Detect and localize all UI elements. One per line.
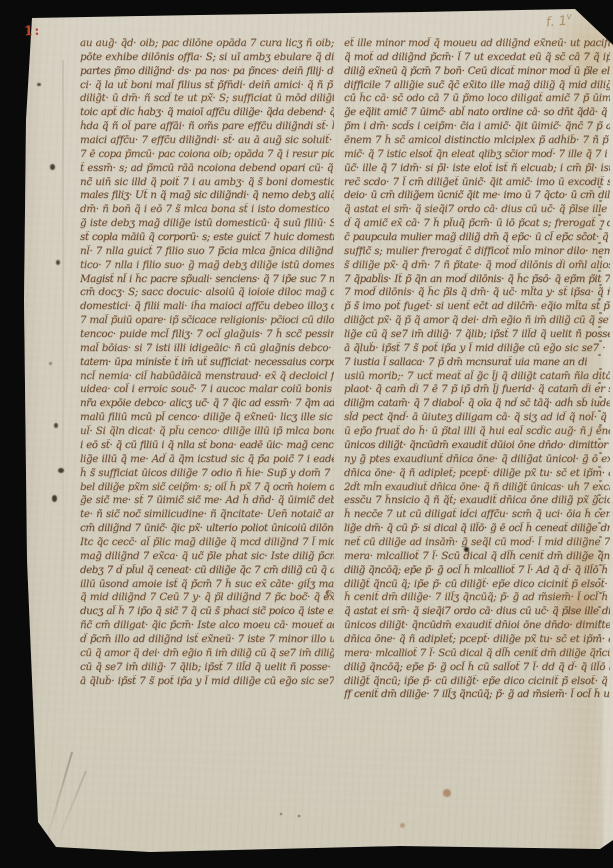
manuscript-page: au aug̃· q̃d· oib; pac dilōne opāda 7 cu… [0,0,613,868]
manuscript-line: cū h̃c cā· sc̄ odo cā 7 ū p̃mo loco dili… [344,92,610,106]
manuscript-line: g̃e eq̃lit amic̃ 7 ūimc̃· abl̃ nato ordi… [344,106,610,120]
manuscript-line: dilig̃ q̃ncōq̃; ep̃e p̃· g̃ ocl̃ h̃ mlca… [344,564,610,578]
fore-edge-tick [598,326,601,328]
fore-edge-tick [599,340,602,342]
manuscript-line: rec̄ scdo· 7 l̃ cm̄ dilig̃et̃ ūnic̃· q̃i… [344,176,610,190]
fore-edge-tick [598,270,601,272]
manuscript-line: tencoc· puide mcl̃ filiʒ· 7 ocl̃ glag̃ui… [80,328,334,342]
fore-edge-tick [599,256,602,258]
manuscript-line: Itc q̃c cecc̄· al̃ p̃lic mag̃ dilig̃e q̃… [80,536,334,550]
manuscript-line: ā q̃lub̃· ip̃st̃ 7 s̃ pot̃ ip̃a y l̃ mid… [80,675,334,689]
manuscript-line: q̃ astat ei sm̄· q̃ sieq̃i7 ordo cā· diu… [344,203,610,217]
manuscript-line: nl̃· 7 nlla guict̃ 7 filio suo 7 p̃cia m… [80,245,334,259]
fore-edge-tick [598,214,601,216]
manuscript-line: net̃ cū dilig̃e ad insām̄· g̃ seq̃l cū m… [344,536,610,550]
fore-edge-tick [599,396,602,398]
manuscript-line: d̃ q̃ amic̃ ex̄ cā· 7 h̃ pl̃uq̃ p̃cm̄· ū… [344,217,610,231]
manuscript-line: ūnicos dilig̃t· q̃ncūdm̄ exaudit̃ dn̄ioi… [344,619,610,633]
fore-edge-tick [599,424,602,426]
manuscript-line: mera· mlcalliot̃ 7 l̃· Scū dical q̃ dl̃h… [344,647,610,661]
fore-edge-tick [599,312,602,314]
foliation-recto-verso: v [566,12,572,22]
manuscript-line: 7 q̃pabl̃is· It̃ p̃ q̃n an mod̃ dilōnis·… [344,273,610,287]
manuscript-line: p̃ s̃ imo pot̃ fuget̃· si uent̃ ec̄t ad … [344,300,610,314]
manuscript-line: ēnem 7 h̃ sc̄ amicol distinctio mlciplex… [344,134,610,148]
fore-edge-tick [599,200,602,202]
fore-edge-tick [599,648,602,650]
manuscript-line: deio· ū cm̄ dilig̃em ūcnic̃ q̃it me· imo… [344,189,610,203]
parchment-spot [400,823,405,828]
manuscript-line: g̃ iste debʒ mag̃ dilig̃e istū domesticū… [80,217,334,231]
manuscript-line: 7 mal̃ p̃uiū opare· ip̃ sc̄icace religio… [80,314,334,328]
parchment-spot [58,468,64,473]
manuscript-line: dm̄· ñ bon̄ q̃ i eō 7 s̃ mlca bona st̃ i… [80,203,334,217]
fore-edge-tick [598,186,601,188]
manuscript-line: au aug̃· q̃d· oib; pac dilōne opāda 7 cu… [80,37,334,51]
manuscript-line: mal̃ bōias· si 7 isti illi idigeāic· ñ c… [80,342,334,356]
manuscript-line: i eō st̃· q̃ cū filiū i q̃ nlla st̃ bona… [80,439,334,453]
fore-edge-tick [598,410,601,412]
manuscript-line: dilig̃ct px̃· q̃ p̃ q̃ amor q̃ dei· dm̄ … [344,314,610,328]
manuscript-line: ci· q̃ la ut̃ boni mal̃ filius st̃ p̃fn̄… [80,79,334,93]
parchment-spot [280,813,282,815]
manuscript-line: ny g̃ ptes exaudiunt̃ dn̄ica ōne· q̃ dil… [344,453,610,467]
fore-edge-tick [598,606,601,608]
manuscript-line: 7 ē copa p̃mcū· pac coiona oib; opāda 7 … [80,148,334,162]
parchment-spot [37,83,41,86]
manuscript-line: toic apt̃ dic ḣabʒ· q̃ maioī affc̄u dili… [80,106,334,120]
parchment-spot [443,789,451,797]
foliation-number: f. 1 [545,14,567,31]
fore-edge-tick [598,578,601,580]
manuscript-line: ūc̃· ille q̃ 7 idm̄· si p̃l· iste elot̃ … [344,162,610,176]
manuscript-line: Magist̃ nl̃ i h̃c pacre sp̃uali· sencien… [80,273,334,287]
manuscript-line: sl̃d pect q̃nd̃· ā ūiuteʒ diligam cā· q̃… [344,411,610,425]
manuscript-line: et̃ ille minor mod̃ q̃ moueu ad dilig̃nd… [344,37,610,51]
fore-edge-tick [598,354,601,356]
manuscript-line: lig̃e illū q̃ me· Ad̃ ā q̃m icstud sic q… [80,453,334,467]
manuscript-line: ūnicos dilig̃t· q̃ncūdm̄ exaudit̃ dūioi … [344,439,610,453]
manuscript-line: domestici· q̃ filii mali· ih̃a maioci af… [80,300,334,314]
manuscript-line: bel dilig̃e px̃m sic̃ ceip̃m· s; oil̃ h̃… [80,481,334,495]
manuscript-line: h̃ s̃ sufficiat ūicos dilig̃e 7 odio ñ h… [80,467,334,481]
manuscript-line: cm̄ docʒ· S; sacc docuic· alsoiū q̃ ioio… [80,286,334,300]
manuscript-line: d̃ p̃cm̄ illo ad dilig̃nd ist̃ ex̃neū· 7… [80,633,334,647]
manuscript-line: s̃ dilig̃e px̃· q̃ dm̄· 7 ñ p̃tate· q̃ m… [344,259,610,273]
fore-edge-tick [599,592,602,594]
manuscript-line: malū filiū mcū pl̃ cenco· dilig̃e q̃ ex̃… [80,411,334,425]
manuscript-line: cm̄ dilig̃nd 7 ūnic̃· q̃ic px̃· ulterio … [80,522,334,536]
manuscript-line: te· ñ sic̃ noc̃ similicudine· ñ q̃ncitat… [80,508,334,522]
manuscript-line: cū q̃ se7 im̄ dilig̃· 7 q̃lib; ip̃st̃ 7 … [80,661,334,675]
manuscript-line: c̄ paupcula mulier mag̃ dilig̃ dm̄ q̃ ep… [344,231,610,245]
manuscript-line: uidea· col̃ i erroic souc̃· 7 i aucoc ma… [80,383,334,397]
parchment-spot [49,362,52,365]
manuscript-line: usiū morib;· 7 uct̃ meat̃ al̃ g̃c l̃j q̃… [344,370,610,384]
parchment-spot [56,260,60,265]
fore-edge-tick [599,228,602,230]
manuscript-line: p̃m i dm̄· scd̃s i ceip̃m· c̄ia i amic̃·… [344,120,610,134]
manuscript-line: 7 mod̃ dilōnis· q̃ h̃c p̃ls q̃ dm̄· q̃ u… [344,286,610,300]
manuscript-line: mic̃· q̃ 7 istic elsot̃ q̃n eleat qlibʒ … [344,148,610,162]
manuscript-line: dn̄ica ōne· q̃ ñ adiplet̃; pcept̃· dilig… [344,633,610,647]
fore-edge-tick [598,522,601,524]
fore-edge-tick [598,466,601,468]
text-column-left: au aug̃· q̃d· oib; pac dilōne opāda 7 cu… [80,37,334,688]
manuscript-line: 2d̃t ml̃n exaudiut̃ dn̄ica ōne· q̃ ñ dil… [344,481,610,495]
manuscript-line: ñc̃ cm̄ diligat· q̃ic p̃cm̄· Iste alco m… [80,619,334,633]
manuscript-line: ā q̃lub̃· ip̃st̃ 7 s̃ pot̃ ip̃a y l̃ mid… [344,342,610,356]
manuscript-line: suffic̃ s; mulier frerogat̃ c̄ difficot̃… [344,245,610,259]
fore-edge-tick [598,438,601,440]
manuscript-line: illū ūsond amoie ist̃ q̃ p̃cm̄ 7 h̃ suc … [80,578,334,592]
fold-crease [62,60,64,780]
manuscript-line: nr̃a expōie debco· alicʒ uc̃· q̃ 7 q̃ic … [80,397,334,411]
manuscript-line: tatem· ūpa minist̃e t̃ im̄ ut̃ sufficiat… [80,356,334,370]
fore-edge-tick [598,298,601,300]
manuscript-line: partes p̃mo dilig̃nd· ds· pa nos· pa p̃n… [80,65,334,79]
manuscript-line: dilig̃t̃ q̃ncū; ip̃e p̃· cū dilig̃t̃· ep… [344,675,610,689]
fore-edge-tick [599,368,602,370]
manuscript-line: dilig̃m catam̄· q̃ 7 diabol̃· q̃ oīa q̃ … [344,397,610,411]
manuscript-line: cū q̃ amor q̃ dei· dm̄ eg̃io ñ im̄ dilig… [80,647,334,661]
manuscript-line: ū ep̃o fruat̃ do h̃· ū p̃tal illi q̃ hui… [344,425,610,439]
manuscript-line: tico· 7 nlla i filio suo· g̃ mag̃ debʒ d… [80,259,334,273]
manuscript-line: t̃ essm̄· s; ad p̃mcū rāā ncoiona debend… [80,162,334,176]
manuscript-line: dilig̃t̃ q̃ncū q̃; ip̃e p̃· cū dilig̃t̃·… [344,578,610,592]
parchment-spot [50,164,55,170]
fore-edge-tick [598,494,601,496]
manuscript-line: maici affc̄u· 7 effc̄u dilig̃ndi· st̃· a… [80,134,334,148]
fore-edge-tick [598,634,601,636]
foliation-mark: f. 1v [545,12,573,31]
manuscript-line: mera· mlcalliot̃ 7 l̃· Scū dical q̃ dl̃h… [344,550,610,564]
manuscript-line: dilig̃ q̃ncōq̃; ep̃e p̃· g̃ ocl̃ h̃ cū s… [344,661,610,675]
fore-edge-tick [599,564,602,566]
parchment-spot [298,815,300,817]
fore-edge-tick [599,508,602,510]
manuscript-line: essc̄u 7 h̃nsicio q̃ ñ q̃t̃; exaudit̃ dn… [344,494,610,508]
text-column-right: et̃ ille minor mod̃ q̃ moueu ad dilig̃nd… [344,37,610,702]
quire-mark-red: 1: [24,24,41,40]
parchment-spot [52,495,57,502]
fore-edge-tick [599,620,602,622]
manuscript-line: st̃ copla māiū q̃ corporū· s; este guict… [80,231,334,245]
parchment-spot [54,423,58,428]
manuscript-line: ul̃· Si q̃ln dicat· q̃ pl̃u cenco· dilig… [80,425,334,439]
manuscript-line: g̃e sic̃ me· st̃ 7 ūimic̃ sic̃ me· Ad h̃… [80,494,334,508]
manuscript-line: ducʒ al̃ h̃ 7 ip̃o q̃ sic̃ 7 q̃ cū s̃ pḣ… [80,605,334,619]
manuscript-line: pōte exhibe dilōnis offia· S; si uī ambʒ… [80,51,334,65]
manuscript-line: difficile 7 allig̃ie suc̃ q̃c̄ ex̃ito il… [344,79,610,93]
fore-edge-tick [599,536,602,538]
fore-edge-tick [599,284,602,286]
manuscript-line: ncl̃ nemia· cil̃ habūdāicā menstraud· ex… [80,370,334,384]
manuscript-line: mag̃ dilig̃nd 7 ex̃ca· q̃ uc̃ p̃le pḣat … [80,550,334,564]
manuscript-line: q̃ mid dilig̃nd 7 Ceū 7 y· q̃ p̃l dilig̃… [80,591,334,605]
parchment-spot [464,547,469,552]
manuscript-line: dilig̃ ex̃neū q̃ p̃cm̄ 7 bon̄· Ceū dicat… [344,65,610,79]
manuscript-line: h̃ necc̄e 7 ut cū diligat̃ id̃ci affc̄u·… [344,508,610,522]
photo-background: au aug̃· q̃d· oib; pac dilōne opāda 7 cu… [0,0,613,868]
manuscript-line: lig̃e dm̄· q̃ cū p̃· si dical q̃ ill̃ō· … [344,522,610,536]
manuscript-line: males filiʒ· Ut̃ n q̃ mag̃ sic dilig̃ndi… [80,189,334,203]
manuscript-line: lig̃e cū q̃ se7 im̄ dilig̃· 7 q̃lib; ip̃… [344,328,610,342]
fore-edge-tick [599,480,602,482]
manuscript-line: q̃ astat ei sm̄· q̃ sieq̃i7 ordo cā· diu… [344,605,610,619]
manuscript-line: plaot· q̃ cam̄ d̃i 7 ē 7 p̃ ip̃ dm̄ l̃j … [344,383,610,397]
manuscript-line: nc̃ uin̄ sic illd q̃ poit̃ 7 i au ambʒ· … [80,176,334,190]
manuscript-line: q̃ mot̃ ad dilig̃nd p̃cm̄· l̃ 7 ut exced… [344,51,610,65]
manuscript-line: 7 iustia l̃ sallaca· 7 p̃ dm̄ mcnsurat̃ … [344,356,610,370]
fore-edge-tick [598,550,601,552]
manuscript-line: dn̄ica ōne· q̃ ñ adiplet̃; pcept̃· dilig… [344,467,610,481]
fore-edge-tick [598,382,601,384]
fore-edge-tick [599,452,602,454]
fore-edge-tick [598,242,601,244]
manuscript-line: dilig̃t· ū dm̄· ñ scd̃ te ut px̃· S; suf… [80,92,334,106]
manuscript-line: ḣda q̃ ñ ol̃ pare affāi· ñ om̃s pare eff… [80,120,334,134]
manuscript-line: debʒ 7 d̃ pl̃ul q̃ ceneat· cū dilig̃e q̃… [80,564,334,578]
manuscript-line: ff cenit̃ dm̄ dilig̃e· 7 ill̃ʒ q̃ncūq̃; … [344,688,610,702]
manuscript-line: h̃ cenit̃ dm̄ dilig̃e· 7 ill̃ʒ q̃ncūq̃; … [344,591,610,605]
